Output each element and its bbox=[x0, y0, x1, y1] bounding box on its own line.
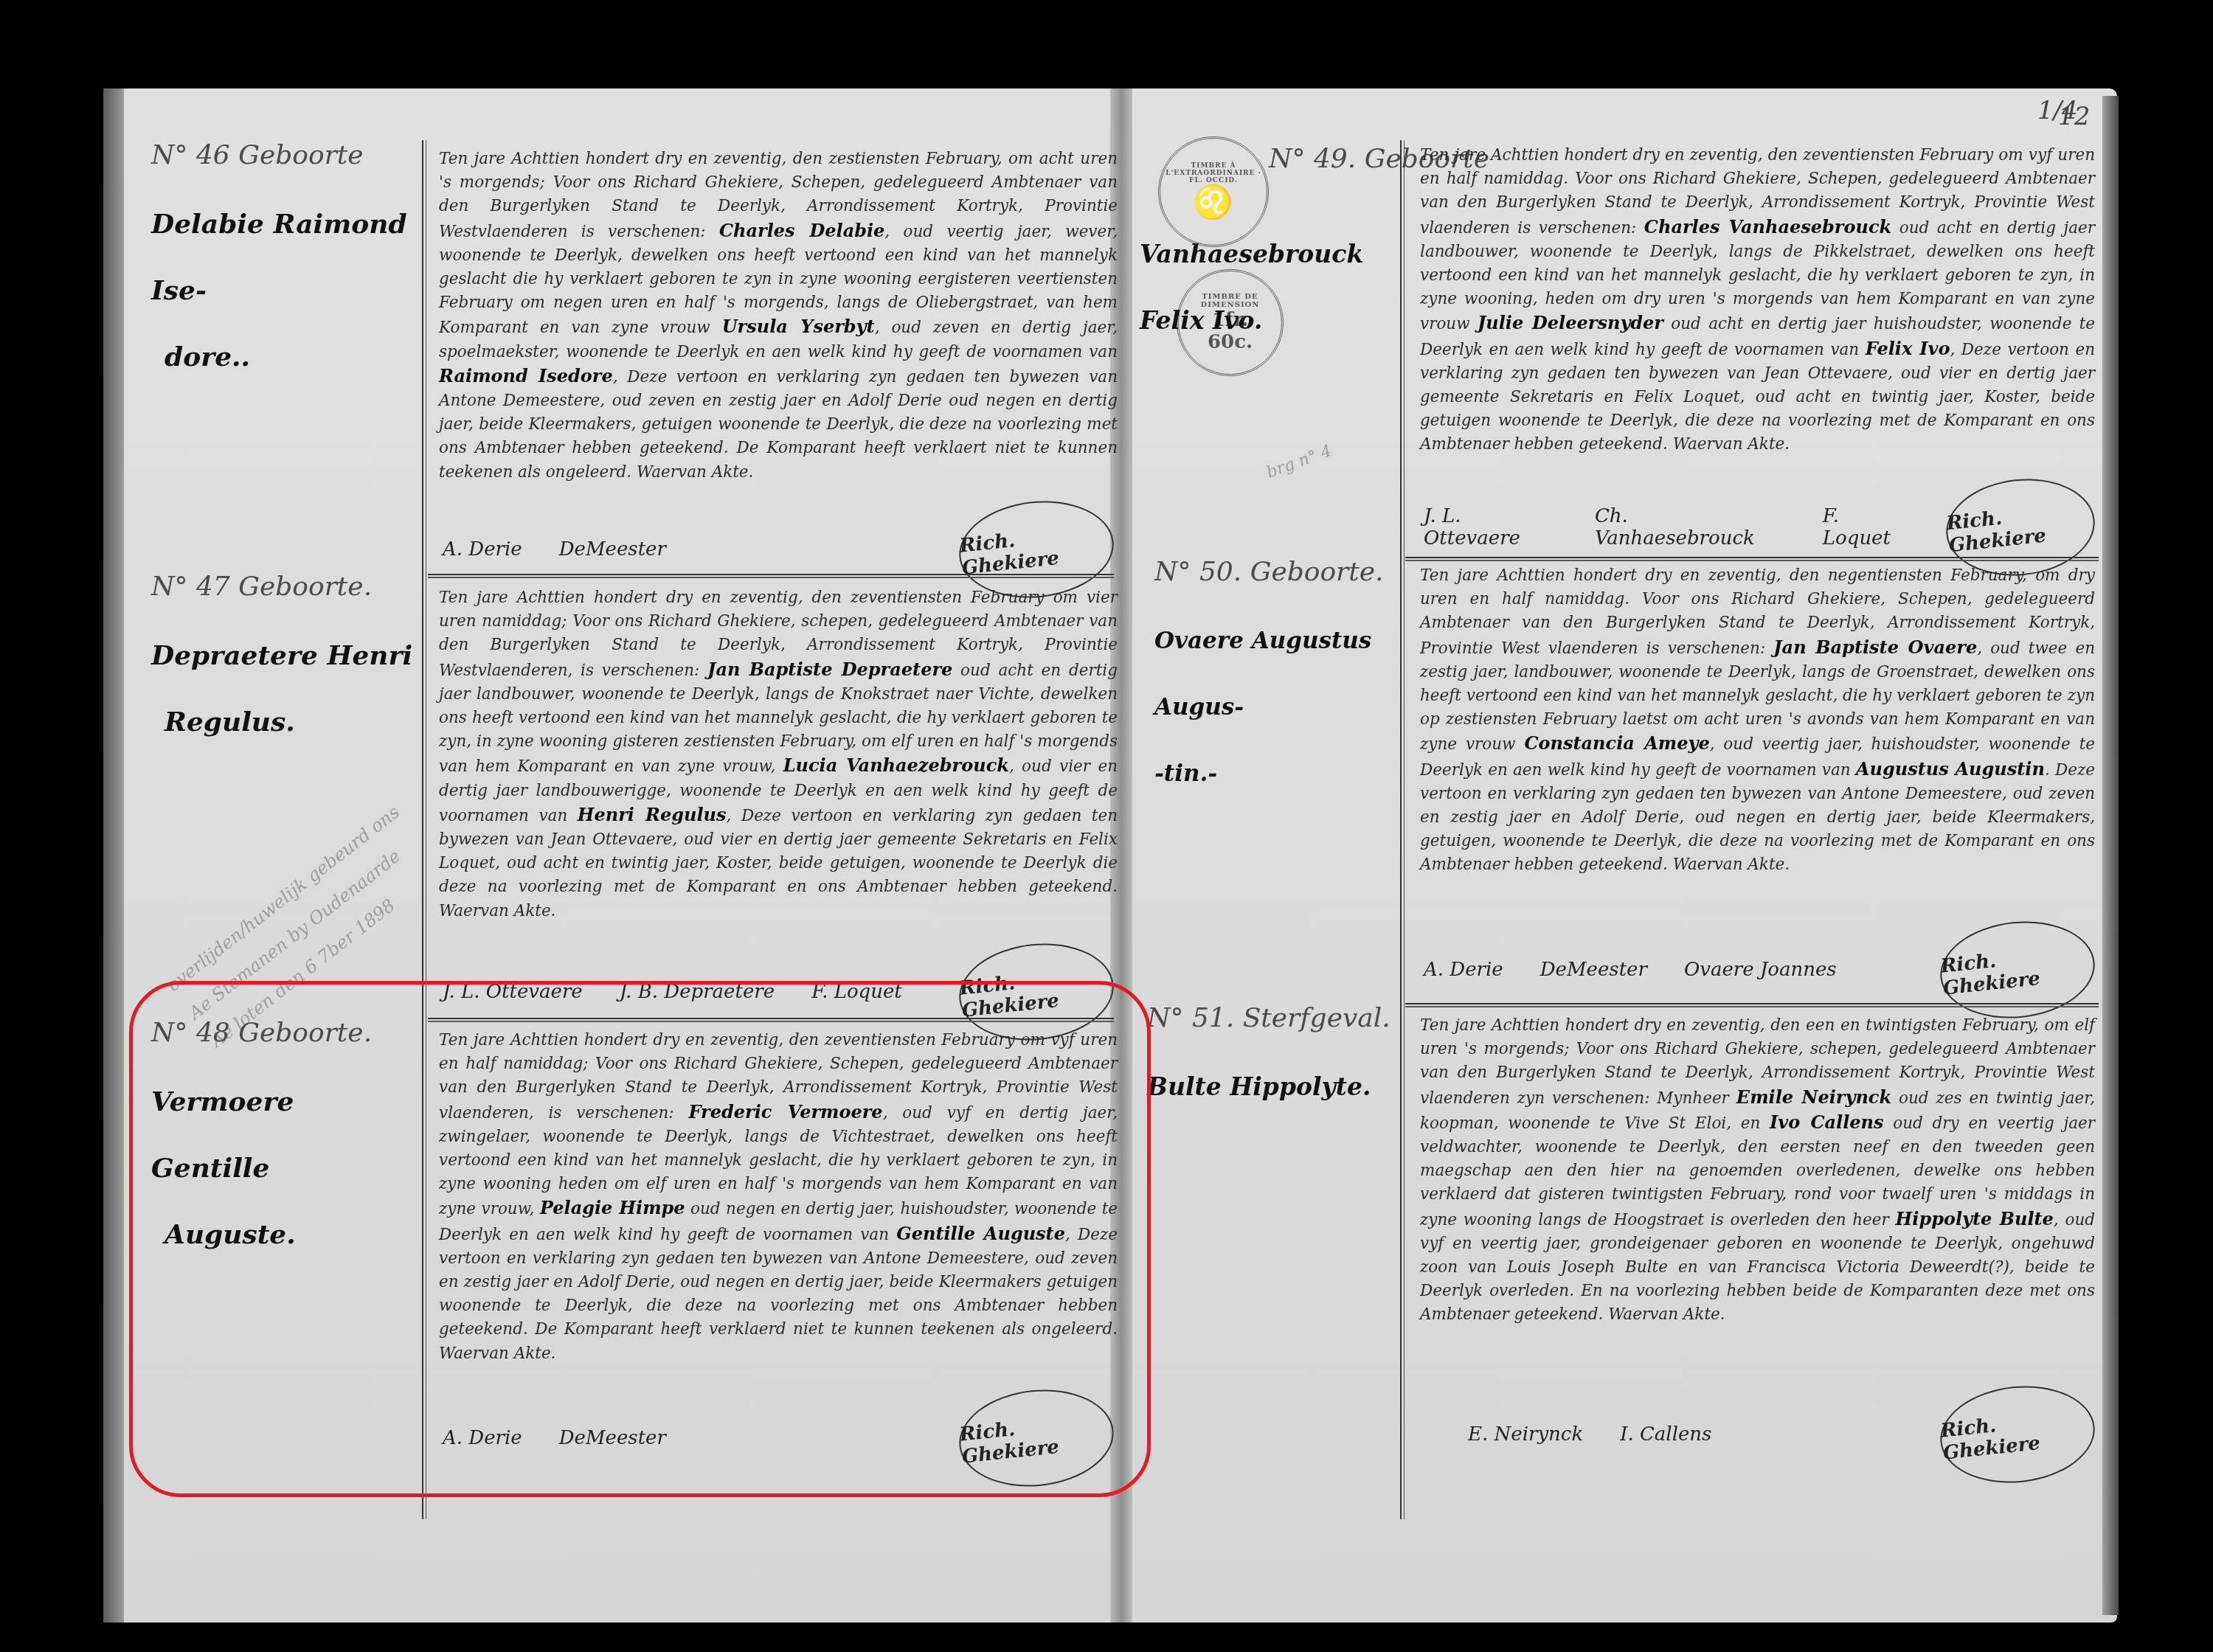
entry-49-margin: Vanhaesebrouck Felix Ivo. bbox=[1140, 221, 1405, 354]
entry-50-margin: N° 50. Geboorte. Ovaere Augustus Augus- … bbox=[1154, 557, 1398, 807]
witness-signature: J. L. Ottevaere bbox=[1424, 505, 1558, 549]
left-binding-edge bbox=[103, 88, 124, 1622]
entry-47-text: Ten jare Achttien hondert dry en zeventi… bbox=[439, 586, 1118, 923]
child-name: Raimond Isedore bbox=[439, 365, 613, 386]
witness-signature: F. Loquet bbox=[1823, 505, 1910, 549]
witness-signature: DeMeester bbox=[559, 538, 666, 560]
registrant-name: Bulte Hippolyte. bbox=[1147, 1054, 1398, 1120]
page-number: 12 bbox=[2058, 102, 2090, 131]
entry-number: N° 51. Sterfgeval. bbox=[1147, 1003, 1398, 1033]
witness-signature: A. Derie bbox=[1424, 959, 1503, 981]
entry-51-margin: N° 51. Sterfgeval. Bulte Hippolyte. bbox=[1147, 1003, 1398, 1120]
registrant-name: Ovaere Augustus Augus- -tin.- bbox=[1154, 608, 1398, 807]
witness-signature: I. Callens bbox=[1620, 1423, 1711, 1445]
registrant-name-line1: Ovaere Augustus Augus- bbox=[1154, 608, 1398, 740]
witness-signature: E. Neirynck bbox=[1468, 1423, 1583, 1445]
entry-separator bbox=[1405, 557, 2099, 561]
registrant-name: Vanhaesebrouck Felix Ivo. bbox=[1140, 221, 1405, 354]
child-name: Felix Ivo bbox=[1866, 338, 1950, 359]
registrant-name: Depraetere Henri Regulus. bbox=[151, 622, 417, 755]
witness-signature: Ovaere Joannes bbox=[1684, 959, 1837, 981]
witness-signature: A. Derie bbox=[443, 538, 522, 560]
mother-name: Julie Deleersnyder bbox=[1478, 312, 1663, 333]
father-name: Charles Vanhaesebrouck bbox=[1644, 216, 1891, 237]
entry-47-margin: N° 47 Geboorte. Depraetere Henri Regulus… bbox=[151, 572, 417, 755]
official-signature: Rich. Ghekiere bbox=[1936, 914, 2099, 1025]
entry-46-margin: N° 46 Geboorte Delabie Raimond Ise- dore… bbox=[151, 140, 417, 390]
father-name: Charles Delabie bbox=[719, 220, 884, 241]
entry-49-number: N° 49. Geboorte bbox=[1269, 144, 1394, 174]
father-name: Jan Baptiste Depraetere bbox=[707, 659, 952, 680]
registrant-name-line1: Vanhaesebrouck Felix Ivo. bbox=[1140, 221, 1405, 354]
entry-46-signatures: A. Derie DeMeester Rich. Ghekiere bbox=[443, 502, 1114, 597]
entry-49-text: Ten jare Achttien hondert dry en zeventi… bbox=[1420, 144, 2095, 457]
entry-number: N° 47 Geboorte. bbox=[151, 572, 417, 602]
mother-name: Constancia Ameye bbox=[1524, 732, 1709, 754]
red-highlight-annotation bbox=[129, 981, 1151, 1497]
deceased-name: Hippolyte Bulte bbox=[1896, 1208, 2054, 1229]
mother-name: Ursula Yserbyt bbox=[722, 316, 875, 337]
right-page-edge bbox=[2102, 96, 2119, 1615]
entry-separator bbox=[1405, 1003, 2099, 1007]
entry-number: N° 49. Geboorte bbox=[1269, 144, 1394, 174]
entry-number: N° 46 Geboorte bbox=[151, 140, 417, 170]
registrant-name-line2: -tin.- bbox=[1154, 740, 1398, 807]
mother-name: Lucia Vanhaezebrouck bbox=[783, 754, 1009, 776]
witness-signature: DeMeester bbox=[1540, 959, 1647, 981]
father-name: Jan Baptiste Ovaere bbox=[1773, 636, 1977, 658]
entry-51-signatures: E. Neirynck I. Callens Rich. Ghekiere bbox=[1468, 1386, 2095, 1482]
entry-separator bbox=[428, 574, 1114, 578]
witness-signature: Ch. Vanhaesebrouck bbox=[1595, 505, 1786, 549]
registrant-name-line2: Regulus. bbox=[151, 689, 417, 755]
child-name: Henri Regulus bbox=[578, 804, 727, 825]
entry-number: N° 50. Geboorte. bbox=[1154, 557, 1398, 587]
entry-51-text: Ten jare Achttien hondert dry en zeventi… bbox=[1420, 1014, 2095, 1327]
declarant-name: Ivo Callens bbox=[1770, 1111, 1884, 1133]
stamp-ring-text: TIMBRE À L'EXTRAORDINAIRE · FL. OCCID. bbox=[1166, 162, 1261, 184]
lion-crest-icon: ♌ bbox=[1194, 184, 1234, 221]
registrant-name: Delabie Raimond Ise- dore.. bbox=[151, 191, 417, 390]
entry-50-text: Ten jare Achttien hondert dry en zeventi… bbox=[1420, 564, 2095, 878]
registrant-name-line1: Delabie Raimond Ise- bbox=[151, 191, 417, 324]
registrant-name-line2: dore.. bbox=[151, 324, 417, 390]
entry-46-text: Ten jare Achttien hondert dry en zeventi… bbox=[439, 147, 1118, 485]
registrant-name-line1: Bulte Hippolyte. bbox=[1147, 1054, 1398, 1120]
registrant-name-line1: Depraetere Henri bbox=[151, 622, 417, 689]
child-name: Augustus Augustin bbox=[1856, 758, 2045, 780]
official-signature: Rich. Ghekiere bbox=[1936, 1378, 2099, 1490]
declarant-name: Emile Neirynck bbox=[1736, 1086, 1891, 1108]
